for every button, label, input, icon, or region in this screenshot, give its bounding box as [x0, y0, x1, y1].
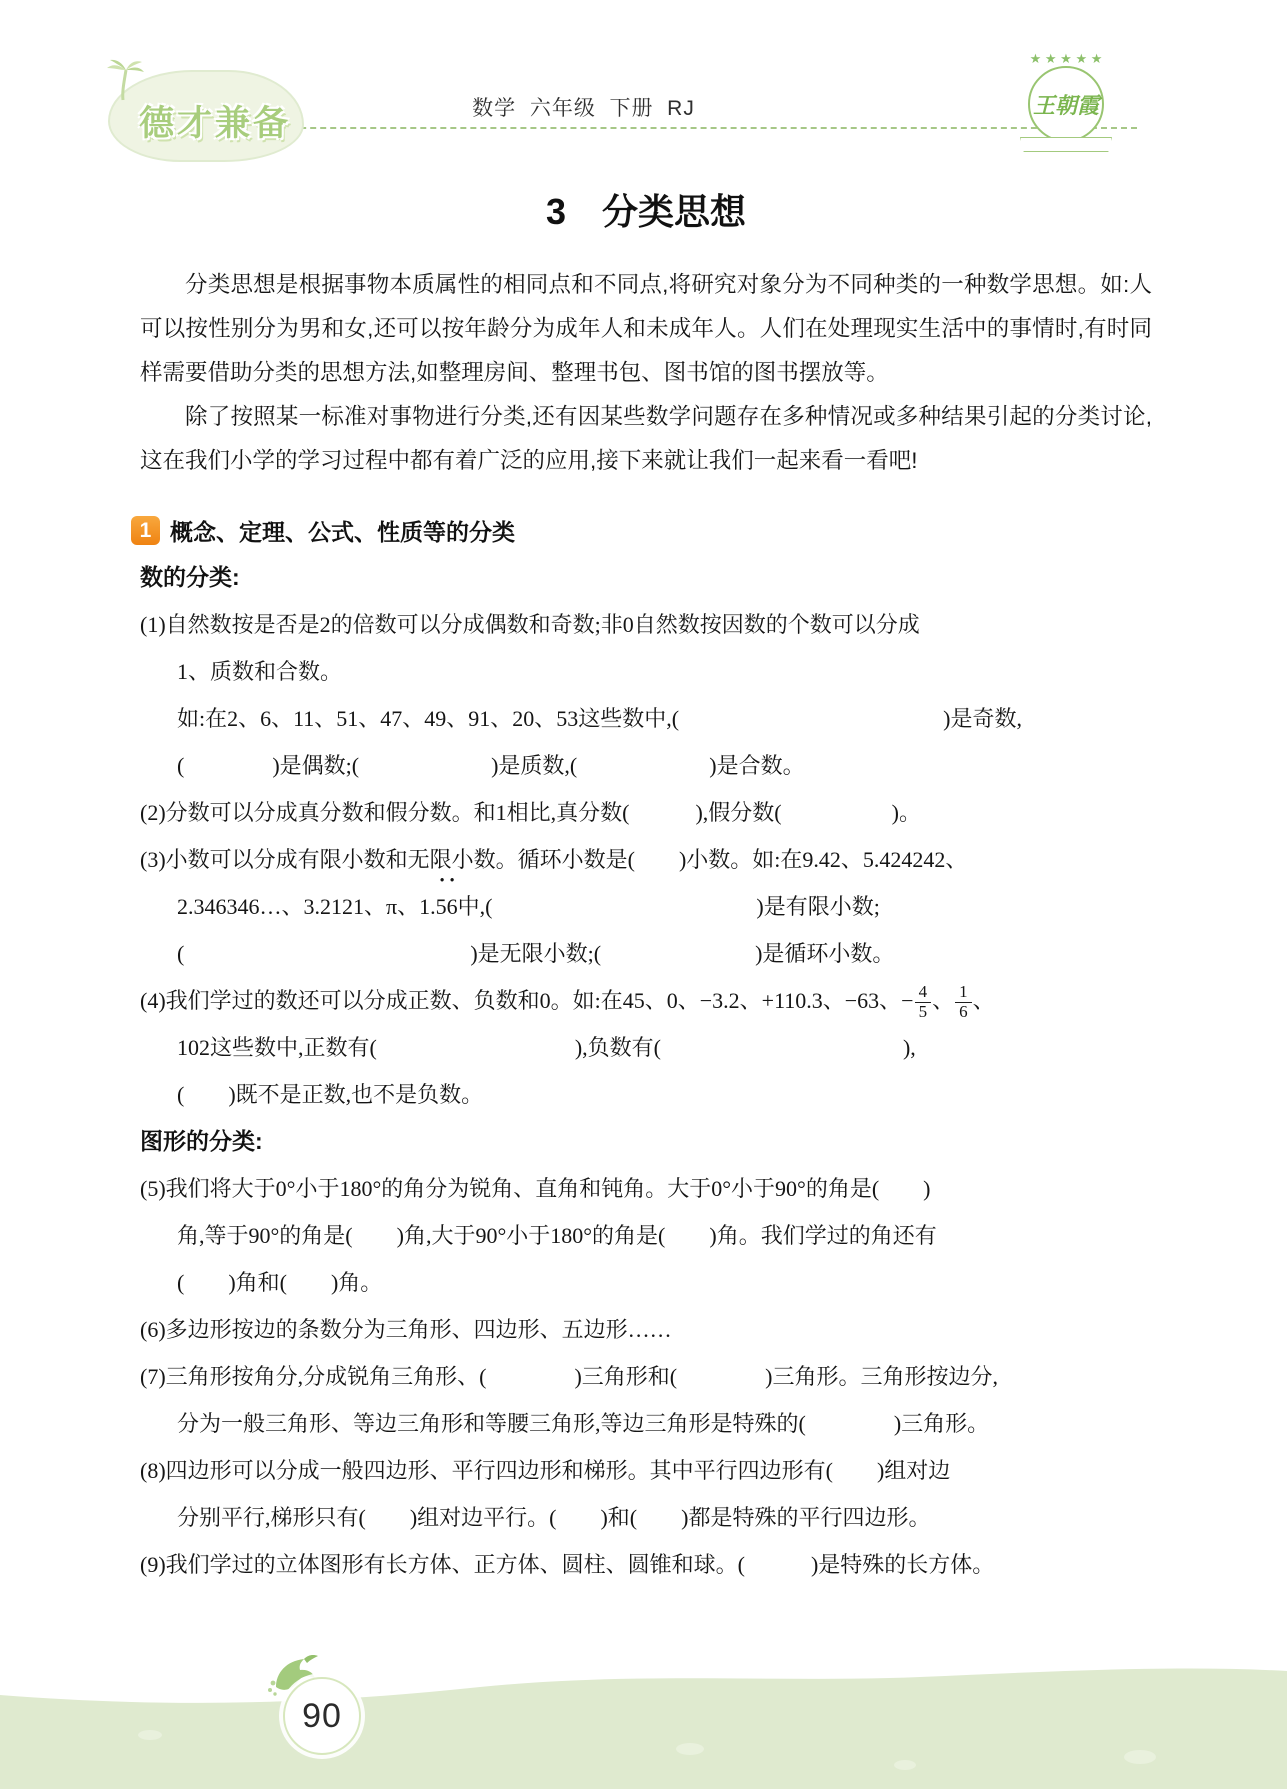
intro-paragraph-2: 除了按照某一标准对事物进行分类,还有因某些数学问题存在多种情况或多种结果引起的分…	[140, 395, 1152, 483]
item-2-line-1: (2)分数可以分成真分数和假分数。和1相比,真分数( ),假分数( )。	[140, 789, 1152, 836]
item-4-line-1: (4)我们学过的数还可以分成正数、负数和0。如:在45、0、−3.2、+110.…	[140, 977, 1152, 1024]
subheading-shape-classification: 图形的分类:	[140, 1118, 1152, 1165]
page-header: 德才兼备 数学 六年级 下册 RJ ★ ★ ★ ★ ★ 王朝霞	[0, 0, 1287, 178]
item-3-line-2: 2.346346…、3.2121、π、1.··56中,( )是有限小数;	[140, 883, 1152, 930]
stamp-name-text: 王朝霞	[1033, 89, 1099, 120]
repeating-decimal: ··56	[436, 883, 458, 930]
section-number-badge: 1	[131, 516, 160, 545]
item-4-line-1-end: 、	[973, 988, 995, 1013]
item-5-line-1: (5)我们将大于0°小于180°的角分为锐角、直角和钝角。大于0°小于90°的角…	[140, 1165, 1152, 1212]
item-5-line-2: 角,等于90°的角是( )角,大于90°小于180°的角是( )角。我们学过的角…	[140, 1212, 1152, 1259]
item-7-line-1: (7)三角形按角分,分成锐角三角形、( )三角形和( )三角形。三角形按边分,	[140, 1353, 1152, 1400]
item-4-line-1-prefix: (4)我们学过的数还可以分成正数、负数和0。如:在45、0、−3.2、+110.…	[140, 988, 914, 1013]
item-4-line-2: 102这些数中,正数有( ),负数有( ),	[140, 1024, 1152, 1071]
item-4-line-3: ( )既不是正数,也不是负数。	[140, 1071, 1152, 1118]
stamp-circle: 王朝霞	[1028, 66, 1104, 142]
item-1-line-1: (1)自然数按是否是2的倍数可以分成偶数和奇数;非0自然数按因数的个数可以分成	[140, 601, 1152, 648]
item-8-line-2: 分别平行,梯形只有( )组对边平行。( )和( )都是特殊的平行四边形。	[140, 1494, 1152, 1541]
item-1-line-2: 1、质数和合数。	[140, 648, 1152, 695]
fraction-1-6: 16	[955, 983, 972, 1021]
page-number: 90	[302, 1697, 342, 1736]
item-1-line-4: ( )是偶数;( )是质数,( )是合数。	[140, 742, 1152, 789]
item-3-line-2-suffix: 中,( )是有限小数;	[458, 894, 880, 919]
intro-block: 分类思想是根据事物本质属性的相同点和不同点,将研究对象分为不同种类的一种数学思想…	[140, 263, 1152, 483]
page-number-circle: 90	[283, 1677, 361, 1755]
item-6-line-1: (6)多边形按边的条数分为三角形、四边形、五边形……	[140, 1306, 1152, 1353]
section-title: 概念、定理、公式、性质等的分类	[170, 514, 515, 547]
repeating-digits: 56	[436, 894, 458, 919]
item-3-line-1: (3)小数可以分成有限小数和无限小数。循环小数是( )小数。如:在9.42、5.…	[140, 836, 1152, 883]
page-content: 3 分类思想 分类思想是根据事物本质属性的相同点和不同点,将研究对象分为不同种类…	[140, 178, 1152, 1588]
item-7-line-2: 分为一般三角形、等边三角形和等腰三角形,等边三角形是特殊的( )三角形。	[140, 1400, 1152, 1447]
fraction-numerator: 4	[915, 983, 932, 1002]
item-3-line-3: ( )是无限小数;( )是循环小数。	[140, 930, 1152, 977]
stamp-stars-icon: ★ ★ ★ ★ ★	[1003, 52, 1129, 65]
item-3-line-2-prefix: 2.346346…、3.2121、π、1.	[177, 894, 436, 919]
item-8-line-1: (8)四边形可以分成一般四边形、平行四边形和梯形。其中平行四边形有( )组对边	[140, 1447, 1152, 1494]
item-1-line-3: 如:在2、6、11、51、47、49、91、20、53这些数中,( )是奇数,	[140, 695, 1152, 742]
section-1-heading: 1 概念、定理、公式、性质等的分类	[131, 507, 1152, 554]
stamp-ribbon	[1020, 137, 1112, 152]
page-title: 3 分类思想	[140, 184, 1152, 235]
subheading-number-classification: 数的分类:	[140, 554, 1152, 601]
item-9-line-1: (9)我们学过的立体图形有长方体、正方体、圆柱、圆锥和球。( )是特殊的长方体。	[140, 1541, 1152, 1588]
brand-right-stamp: ★ ★ ★ ★ ★ 王朝霞	[1003, 52, 1129, 152]
repeating-dots: ··	[436, 870, 458, 891]
item-4-line-1-mid: 、	[932, 988, 954, 1013]
fraction-numerator: 1	[955, 983, 972, 1002]
course-info: 数学 六年级 下册 RJ	[0, 92, 1167, 122]
intro-paragraph-1: 分类思想是根据事物本质属性的相同点和不同点,将研究对象分为不同种类的一种数学思想…	[140, 263, 1152, 395]
page-footer: 90	[0, 1657, 1287, 1789]
fraction-4-5: 45	[915, 983, 932, 1021]
item-5-line-3: ( )角和( )角。	[140, 1259, 1152, 1306]
textbook-page: 德才兼备 数学 六年级 下册 RJ ★ ★ ★ ★ ★ 王朝霞 3 分类思想 分…	[0, 0, 1287, 1789]
wave-decoration	[0, 1657, 1287, 1789]
fraction-denominator: 5	[915, 1002, 932, 1022]
fraction-denominator: 6	[955, 1002, 972, 1022]
